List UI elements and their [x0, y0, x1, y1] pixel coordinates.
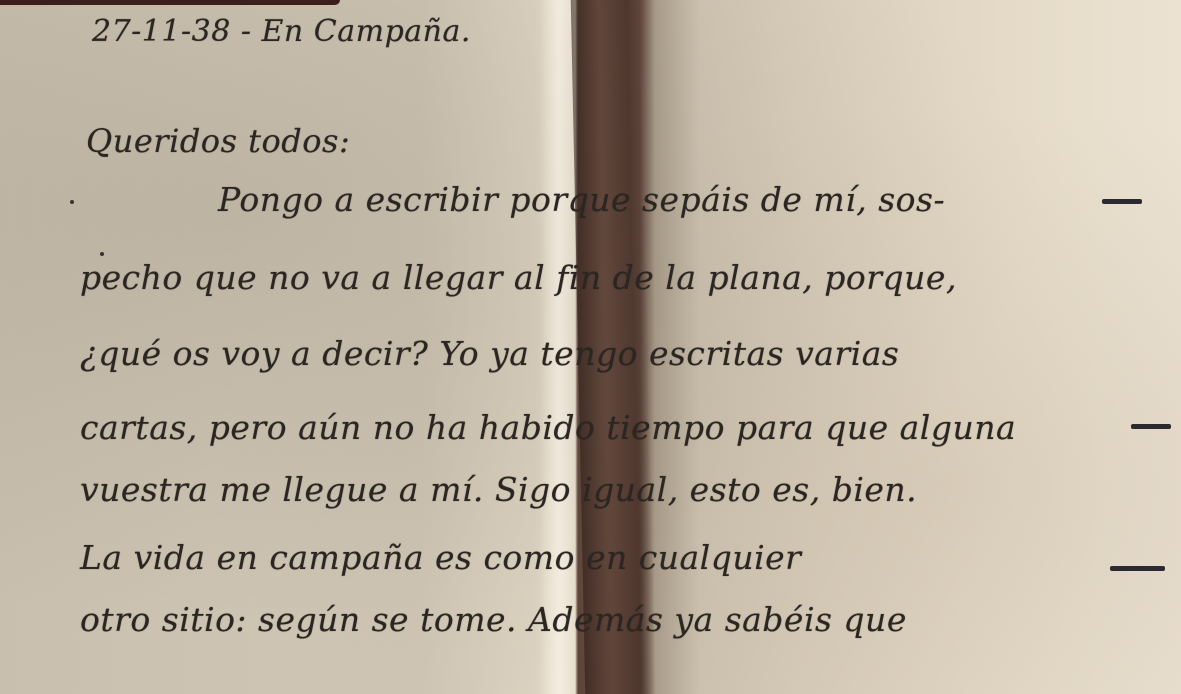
letter-line-5: vuestra me llegue a mí. Sigo igual, esto… — [80, 470, 917, 509]
letter-date-line: 27-11-38 - En Campaña. — [92, 14, 471, 49]
margin-dash-1 — [1102, 199, 1142, 204]
letter-date: 27-11-38 — [92, 14, 231, 49]
letter-line-1: Pongo a escribir porque sepáis de mí, so… — [218, 180, 945, 219]
ink-dot — [70, 200, 74, 204]
letter-salutation: Queridos todos: — [86, 122, 350, 160]
letter-line-7: otro sitio: según se tome. Además ya sab… — [80, 600, 907, 639]
letter-photo: 27-11-38 - En Campaña. Queridos todos: P… — [0, 0, 1181, 694]
letter-line-2: pecho que no va a llegar al fin de la pl… — [80, 258, 957, 297]
margin-dash-2 — [1131, 424, 1171, 429]
margin-dash-3 — [1110, 566, 1165, 571]
letter-place: En Campaña. — [262, 14, 471, 49]
ink-dot — [100, 252, 104, 256]
letter-line-4: cartas, pero aún no ha habido tiempo par… — [80, 408, 1016, 447]
paper-top-edge — [0, 0, 340, 5]
letter-line-6: La vida en campaña es como en cualquier — [80, 538, 801, 577]
letter-line-3: ¿qué os voy a decir? Yo ya tengo escrita… — [80, 334, 899, 373]
